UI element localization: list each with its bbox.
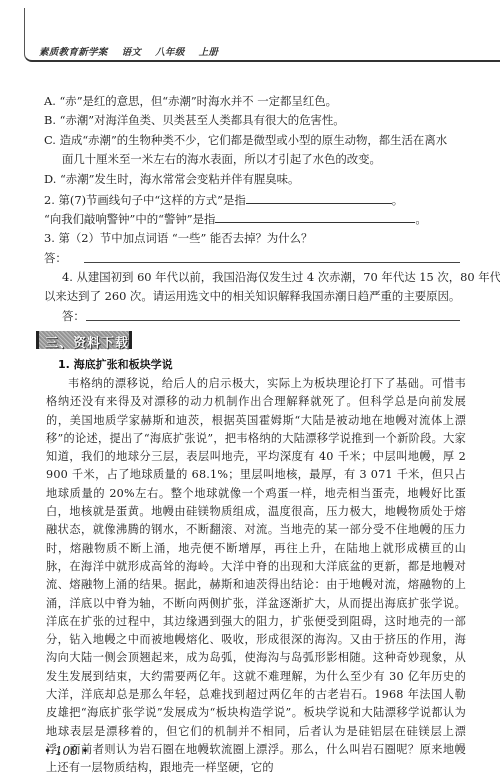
fill-blank-field[interactable] — [246, 192, 392, 204]
running-header-text: 素质教育新学案语文八年级上册 — [39, 44, 232, 58]
option-c: C. 造成“赤潮”的生物种类不少，它们都是微型或小型的原生动物，都生活在离水 — [44, 133, 447, 147]
running-header: 素质教育新学案语文八年级上册 — [24, 8, 500, 62]
subject: 语文 — [122, 47, 142, 58]
option-label: C. — [44, 133, 56, 147]
question-2-line-2: “向我们敲响警钟”中的“警钟”是指。 — [44, 211, 427, 226]
section-banner-label: 三、资料下载 — [45, 332, 129, 351]
period-mark: 。 — [415, 212, 426, 226]
question-2-line-1: 2. 第(7)节画线句子中“这样的方式”是指。 — [44, 192, 403, 207]
question-text: 3. 第（2）节中加点词语 “一些” 能否去掉？为什么？ — [44, 231, 312, 245]
option-text-continuation: 面几十厘米至一米左右的海水表面，所以才引起了水色的改变。 — [62, 152, 381, 166]
answer-line-q4[interactable] — [86, 319, 460, 321]
answer-line-q3[interactable] — [84, 261, 460, 263]
page-number: • 108 • — [44, 744, 89, 758]
question-4-answer-label: 答： — [62, 309, 85, 323]
option-label: A. — [44, 94, 56, 108]
fill-blank-field[interactable] — [215, 211, 415, 223]
option-label: D. — [44, 172, 56, 186]
answer-label: 答： — [44, 251, 67, 265]
question-text: “向我们敲响警钟”中的“警钟”是指 — [44, 212, 215, 226]
period-mark: 。 — [392, 193, 403, 207]
section-banner: 三、资料下载 — [36, 331, 132, 349]
question-text: 以来达到了 260 次。请运用选文中的相关知识解释我国赤潮日趋严重的主要原因。 — [44, 289, 460, 303]
question-3: 3. 第（2）节中加点词语 “一些” 能否去掉？为什么？ — [44, 231, 312, 245]
answer-label: 答： — [62, 309, 85, 323]
question-text: 4. 从建国初到 60 年代以前，我国沿海仅发生过 4 次赤潮，70 年代达 1… — [62, 270, 500, 284]
question-3-answer-label: 答： — [44, 251, 67, 265]
section-subheading: 1. 海底扩张和板块学说 — [58, 356, 173, 372]
question-4-line-1: 4. 从建国初到 60 年代以前，我国沿海仅发生过 4 次赤潮，70 年代达 1… — [62, 270, 500, 284]
option-b: B. “赤潮”对海洋鱼类、贝类甚至人类都具有很大的危害性。 — [44, 113, 345, 127]
option-text: “赤”是红的意思，但“赤潮”时海水并不 一定都呈红色。 — [59, 94, 337, 108]
option-label: B. — [44, 113, 56, 127]
option-c-continuation: 面几十厘米至一米左右的海水表面，所以才引起了水色的改变。 — [62, 152, 381, 166]
grade: 八年级 — [155, 47, 184, 58]
option-a: A. “赤”是红的意思，但“赤潮”时海水并不 一定都呈红色。 — [44, 94, 337, 108]
body-paragraph: 韦格纳的漂移说，给后人的启示极大，实际上为板块理论打下了基础。可惜韦格纳还没有来… — [46, 375, 466, 778]
option-text: “赤潮”发生时，海水常常会变粘并伴有腥臭味。 — [60, 172, 299, 186]
option-d: D. “赤潮”发生时，海水常常会变粘并伴有腥臭味。 — [44, 172, 299, 186]
volume: 上册 — [199, 47, 219, 58]
question-4-line-2: 以来达到了 260 次。请运用选文中的相关知识解释我国赤潮日趋严重的主要原因。 — [44, 289, 460, 303]
option-text: “赤潮”对海洋鱼类、贝类甚至人类都具有很大的危害性。 — [60, 113, 345, 127]
book-title: 素质教育新学案 — [39, 47, 108, 58]
question-text: 2. 第(7)节画线句子中“这样的方式”是指 — [44, 193, 246, 207]
option-text: 造成“赤潮”的生物种类不少，它们都是微型或小型的原生动物，都生活在离水 — [60, 133, 448, 147]
